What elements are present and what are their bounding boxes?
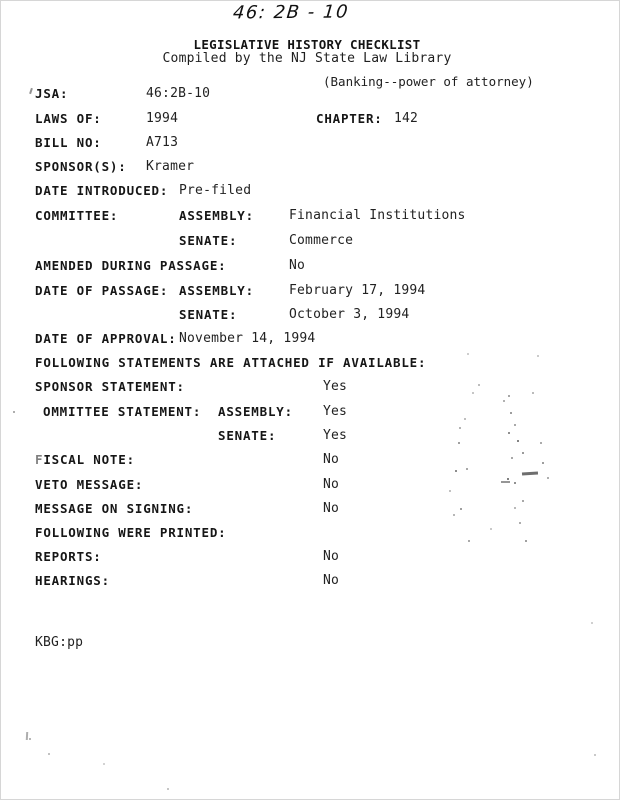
scan-noise-mark <box>26 732 28 740</box>
fiscal-note-label: FISCAL NOTE: <box>35 453 135 467</box>
passage-senate-label: SENATE: <box>179 308 237 322</box>
sponsors-value: Kramer <box>146 160 194 174</box>
committee-statement-assembly-label: ASSEMBLY: <box>218 405 293 419</box>
njsa-value: 46:2B-10 <box>146 87 210 101</box>
committee-assembly-value: Financial Institutions <box>289 209 466 223</box>
committee-label: COMMITTEE: <box>35 209 118 223</box>
subject-line: (Banking--power of attorney) <box>323 75 534 89</box>
date-introduced-label: DATE INTRODUCED: <box>35 184 168 198</box>
committee-assembly-label: ASSEMBLY: <box>179 209 254 223</box>
message-on-signing-value: No <box>323 502 339 516</box>
njsa-label: JSA: <box>35 87 68 101</box>
doc-subtitle: Compiled by the NJ State Law Library <box>1 52 613 66</box>
fiscal-note-value: No <box>323 453 339 467</box>
handwritten-citation: 46: 2B - 10 <box>232 5 349 20</box>
approval-label: DATE OF APPROVAL: <box>35 332 177 346</box>
footer-initials: KBG:pp <box>35 636 83 650</box>
statements-heading: FOLLOWING STATEMENTS ARE ATTACHED IF AVA… <box>35 356 426 370</box>
printed-heading: FOLLOWING WERE PRINTED: <box>35 526 227 540</box>
chapter-label: CHAPTER: <box>316 112 383 126</box>
scan-noise-dash <box>501 481 510 483</box>
passage-assembly-value: February 17, 1994 <box>289 284 425 298</box>
sponsor-statement-value: Yes <box>323 380 347 394</box>
committee-statement-senate-value: Yes <box>323 429 347 443</box>
passage-assembly-label: ASSEMBLY: <box>179 284 254 298</box>
reports-value: No <box>323 550 339 564</box>
chapter-value: 142 <box>394 112 418 126</box>
scan-noise-dash <box>522 471 538 475</box>
reports-label: REPORTS: <box>35 550 102 564</box>
amended-label: AMENDED DURING PASSAGE: <box>35 259 227 273</box>
hearings-label: HEARINGS: <box>35 574 110 588</box>
doc-title: LEGISLATIVE HISTORY CHECKLIST <box>1 38 613 52</box>
laws-of-label: LAWS OF: <box>35 112 102 126</box>
scan-noise-speckles <box>1 1 3 3</box>
passage-label: DATE OF PASSAGE: <box>35 284 168 298</box>
sponsor-statement-label: SPONSOR STATEMENT: <box>35 380 185 394</box>
scan-cut-mark <box>29 88 33 94</box>
committee-senate-label: SENATE: <box>179 234 237 248</box>
approval-value: November 14, 1994 <box>179 332 315 346</box>
veto-message-label: VETO MESSAGE: <box>35 478 143 492</box>
bill-no-value: A713 <box>146 136 178 150</box>
passage-senate-value: October 3, 1994 <box>289 308 409 322</box>
sponsors-label: SPONSOR(S): <box>35 160 127 174</box>
committee-statement-assembly-value: Yes <box>323 405 347 419</box>
amended-value: No <box>289 259 305 273</box>
committee-senate-value: Commerce <box>289 234 353 248</box>
committee-statement-senate-label: SENATE: <box>218 429 276 443</box>
committee-statement-label: OMMITTEE STATEMENT: <box>43 405 201 419</box>
hearings-value: No <box>323 574 339 588</box>
veto-message-value: No <box>323 478 339 492</box>
message-on-signing-label: MESSAGE ON SIGNING: <box>35 502 193 516</box>
date-introduced-value: Pre-filed <box>179 184 251 198</box>
laws-of-value: 1994 <box>146 112 178 126</box>
scanned-document-page: 46: 2B - 10 LEGISLATIVE HISTORY CHECKLIS… <box>0 0 620 800</box>
bill-no-label: BILL NO: <box>35 136 102 150</box>
